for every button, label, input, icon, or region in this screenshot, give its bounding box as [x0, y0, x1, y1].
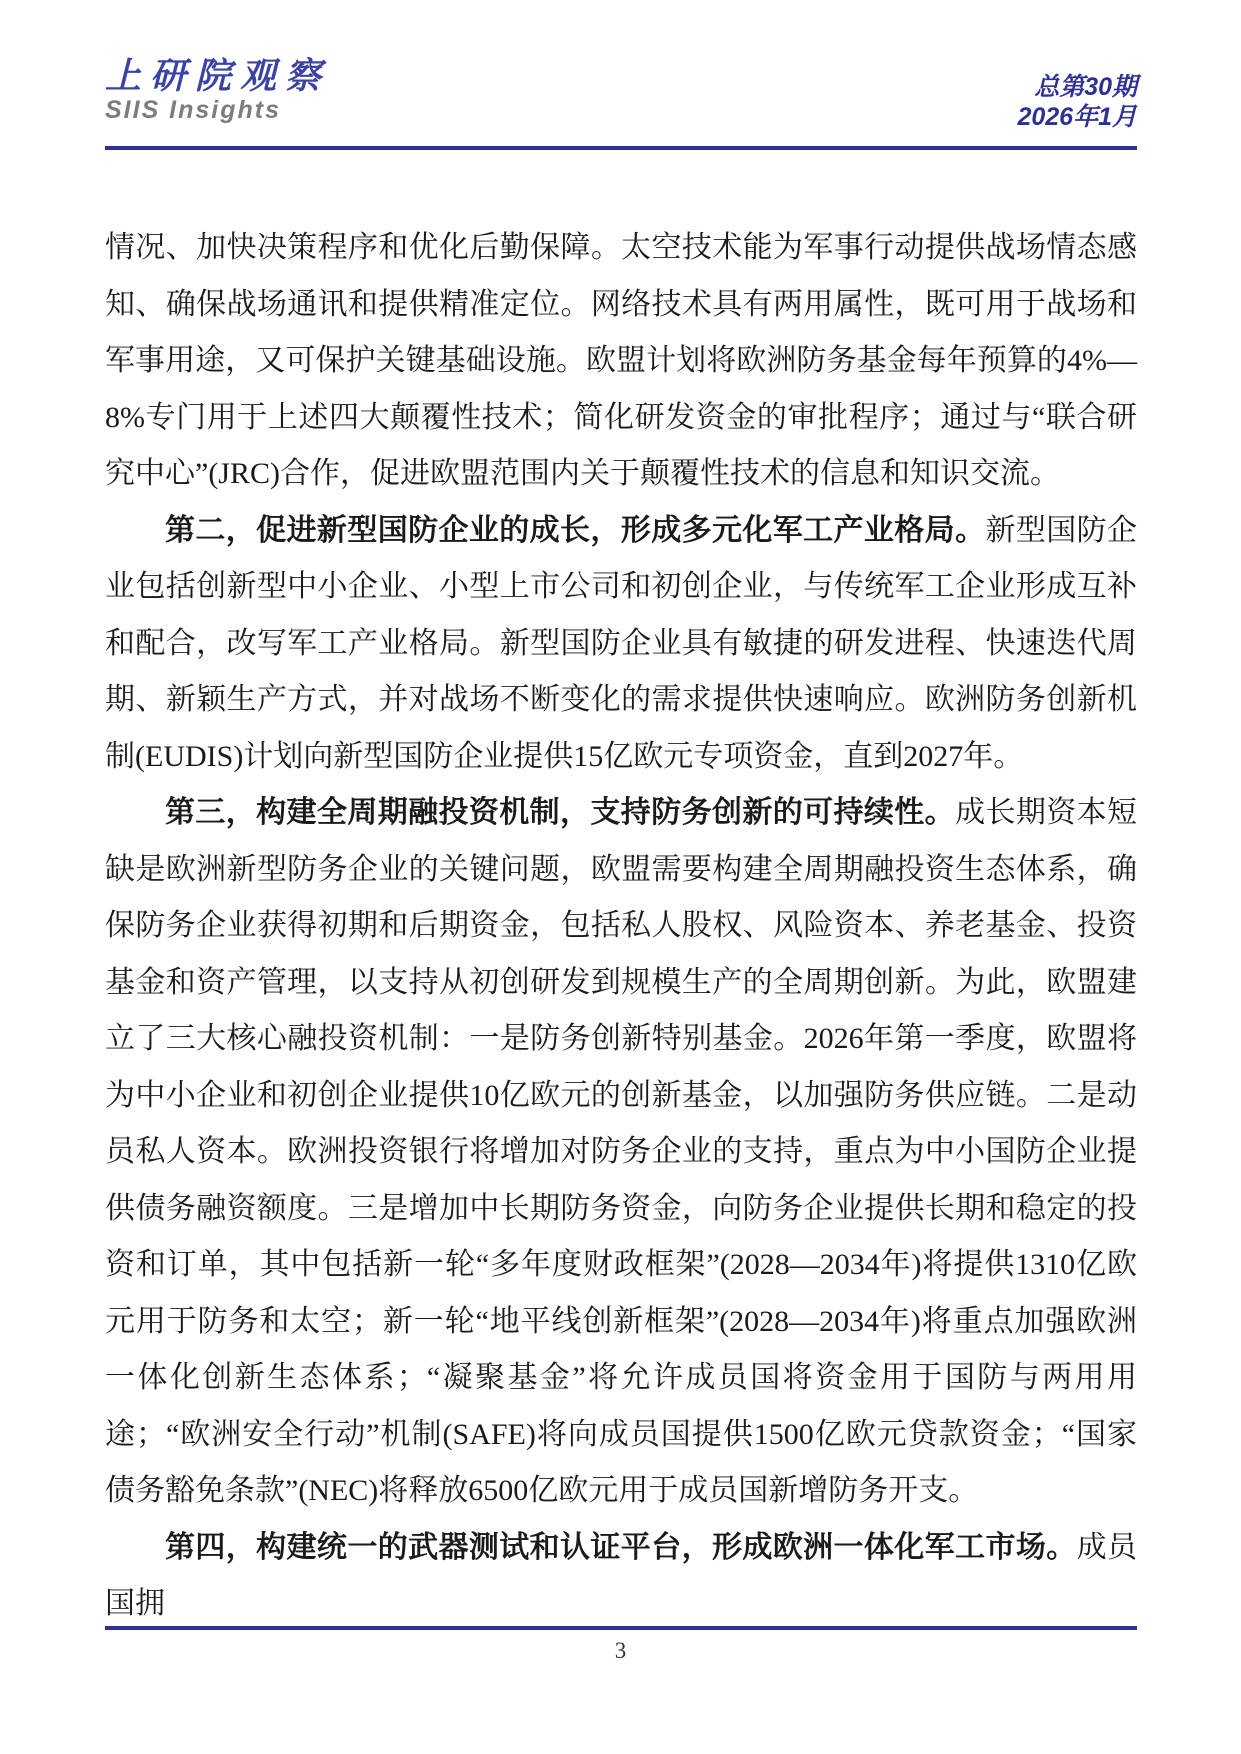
- paragraph: 第四，构建统一的武器测试和认证平台，形成欧洲一体化军工市场。成员国拥: [105, 1520, 1137, 1633]
- document-body: 情况、加快决策程序和优化后勤保障。太空技术能为军事行动提供战场情态感知、确保战场…: [105, 220, 1137, 1633]
- issue-number: 总第30期: [1017, 72, 1137, 102]
- logo-english-title: SIIS Insights: [105, 98, 330, 123]
- paragraph: 第二，促进新型国防企业的成长，形成多元化军工产业格局。新型国防企业包括创新型中小…: [105, 503, 1137, 786]
- page-header: 上研院观察 SIIS Insights 总第30期 2026年1月: [105, 58, 1137, 132]
- issue-date: 2026年1月: [1017, 102, 1137, 132]
- page-number: 3: [0, 1638, 1241, 1664]
- document-page: 上研院观察 SIIS Insights 总第30期 2026年1月 情况、加快决…: [0, 0, 1241, 1754]
- issue-info: 总第30期 2026年1月: [1017, 72, 1137, 132]
- paragraph-lead: 第三，构建全周期融投资机制，支持防务创新的可持续性。: [165, 796, 955, 829]
- paragraph: 第三，构建全周期融投资机制，支持防务创新的可持续性。成长期资本短缺是欧洲新型防务…: [105, 785, 1137, 1520]
- paragraph-lead: 第二，促进新型国防企业的成长，形成多元化军工产业格局。: [165, 514, 985, 547]
- logo: 上研院观察 SIIS Insights: [105, 58, 330, 123]
- paragraph-text: 成长期资本短缺是欧洲新型防务企业的关键问题，欧盟需要构建全周期融投资生态体系，确…: [105, 796, 1137, 1507]
- paragraph-text: 新型国防企业包括创新型中小企业、小型上市公司和初创企业，与传统军工企业形成互补和…: [105, 514, 1137, 773]
- paragraph: 情况、加快决策程序和优化后勤保障。太空技术能为军事行动提供战场情态感知、确保战场…: [105, 220, 1137, 503]
- paragraph-lead: 第四，构建统一的武器测试和认证平台，形成欧洲一体化军工市场。: [165, 1531, 1077, 1564]
- logo-chinese-title: 上研院观察: [105, 58, 330, 94]
- paragraph-text: 情况、加快决策程序和优化后勤保障。太空技术能为军事行动提供战场情态感知、确保战场…: [105, 231, 1137, 490]
- header-divider: [105, 146, 1137, 150]
- footer-divider: [105, 1626, 1137, 1630]
